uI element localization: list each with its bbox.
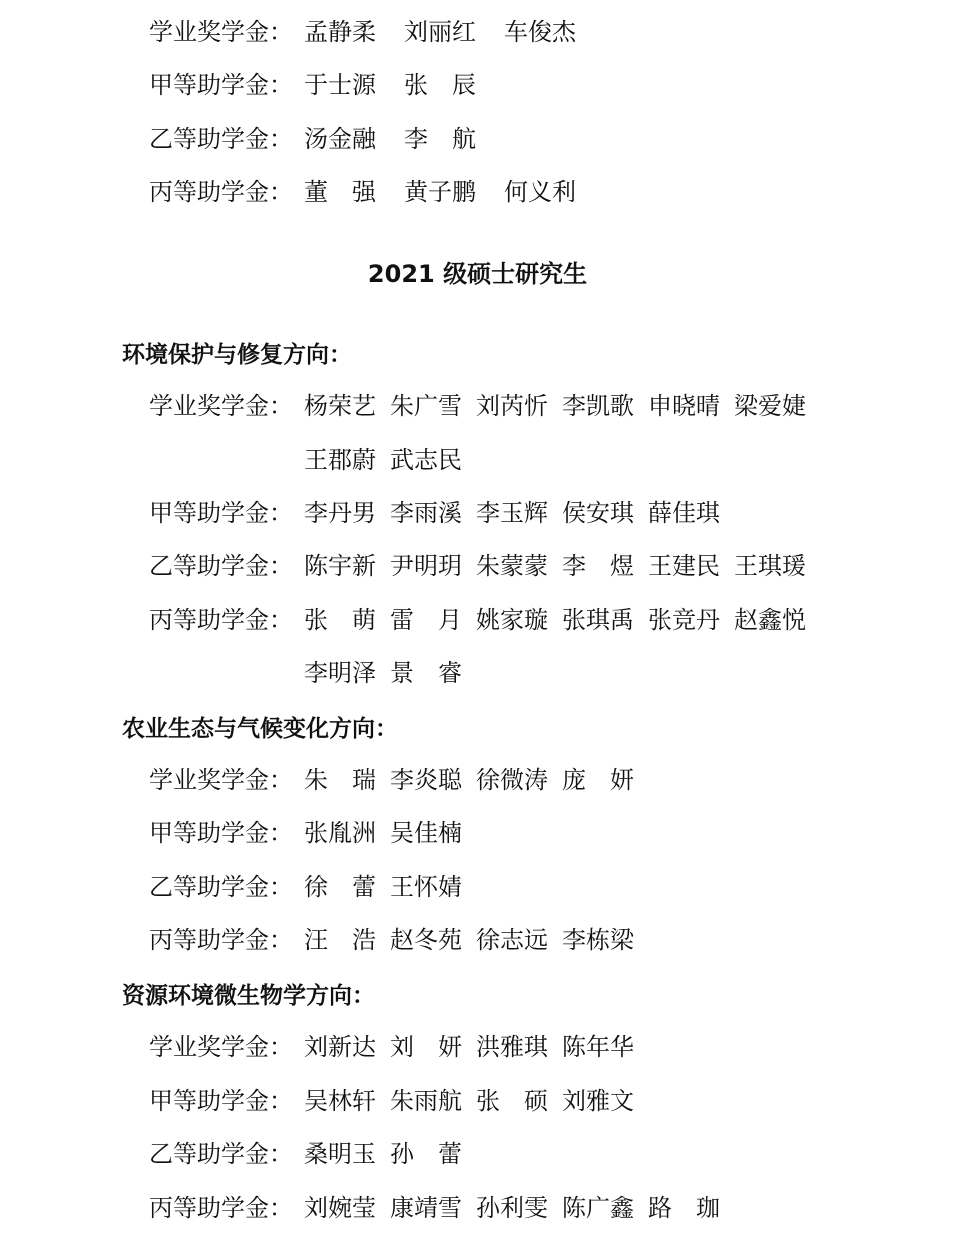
name-list: 李丹男 李雨溪 李玉辉 侯安琪 薛佳琪 — [304, 493, 734, 528]
award-label: 丙等助学金： — [149, 1188, 304, 1223]
student-name: 李雨溪 — [390, 493, 462, 528]
name-list: 吴林轩 朱雨航 张 硕 刘雅文 — [304, 1081, 648, 1116]
student-name: 李明泽 — [304, 653, 376, 688]
award-row: 学业奖学金： 孟静柔 刘丽红 车俊杰 — [149, 9, 604, 49]
name-list: 孟静柔 刘丽红 车俊杰 — [304, 12, 604, 47]
award-row: 甲等助学金： 李丹男 李雨溪 李玉辉 侯安琪 薛佳琪 — [149, 490, 734, 530]
name-list: 董 强 黄子鹏 何义利 — [304, 172, 604, 207]
student-name: 孙 蕾 — [390, 1134, 462, 1169]
name-list: 王郡蔚 武志民 — [304, 440, 476, 475]
student-name: 王郡蔚 — [304, 440, 376, 475]
student-name: 张 萌 — [304, 600, 376, 635]
student-name: 陈广鑫 — [562, 1188, 634, 1223]
award-row-continuation: 王郡蔚 武志民 — [304, 437, 476, 477]
student-name: 张琪禹 — [562, 600, 634, 635]
student-name: 陈宇新 — [304, 546, 376, 581]
student-name: 李栋梁 — [562, 920, 634, 955]
student-name: 徐志远 — [476, 920, 548, 955]
student-name: 李凯歌 — [562, 386, 634, 421]
student-name: 李 煜 — [562, 546, 634, 581]
grade-title: 2021 级硕士研究生 — [0, 254, 955, 289]
student-name: 刘婉莹 — [304, 1188, 376, 1223]
student-name: 朱 瑞 — [304, 760, 376, 795]
award-label: 学业奖学金： — [149, 760, 304, 795]
award-label: 甲等助学金： — [149, 493, 304, 528]
student-name: 张 辰 — [404, 65, 476, 100]
student-name: 刘 妍 — [390, 1027, 462, 1062]
award-label: 甲等助学金： — [149, 1081, 304, 1116]
student-name: 雷 月 — [390, 600, 462, 635]
student-name: 李玉辉 — [476, 493, 548, 528]
award-row: 甲等助学金： 张胤洲 吴佳楠 — [149, 810, 476, 850]
student-name: 申晓晴 — [648, 386, 720, 421]
student-name: 姚家璇 — [476, 600, 548, 635]
student-name: 杨荣艺 — [304, 386, 376, 421]
student-name: 张 硕 — [476, 1081, 548, 1116]
name-list: 朱 瑞 李炎聪 徐微涛 庞 妍 — [304, 760, 648, 795]
student-name: 陈年华 — [562, 1027, 634, 1062]
section-title: 环境保护与修复方向： — [122, 336, 352, 369]
name-list: 杨荣艺 朱广雪 刘芮忻 李凯歌 申晓晴 梁爱婕 — [304, 386, 820, 421]
student-name: 徐 蕾 — [304, 867, 376, 902]
student-name: 李 航 — [404, 119, 476, 154]
student-name: 景 睿 — [390, 653, 462, 688]
student-name: 徐微涛 — [476, 760, 548, 795]
student-name: 庞 妍 — [562, 760, 634, 795]
award-row: 乙等助学金： 陈宇新 尹明玥 朱蒙蒙 李 煜 王建民 王琪瑗 — [149, 543, 820, 583]
award-label: 丙等助学金： — [149, 172, 304, 207]
award-row: 乙等助学金： 汤金融 李 航 — [149, 116, 504, 156]
name-list: 刘婉莹 康靖雪 孙利雯 陈广鑫 路 珈 — [304, 1188, 734, 1223]
award-row: 丙等助学金： 张 萌 雷 月 姚家璇 张琪禹 张竞丹 赵鑫悦 — [149, 597, 820, 637]
award-label: 甲等助学金： — [149, 813, 304, 848]
award-row: 丙等助学金： 汪 浩 赵冬苑 徐志远 李栋梁 — [149, 917, 648, 957]
student-name: 于士源 — [304, 65, 376, 100]
section-title: 农业生态与气候变化方向： — [122, 710, 398, 743]
student-name: 王琪瑗 — [734, 546, 806, 581]
award-label: 学业奖学金： — [149, 12, 304, 47]
student-name: 朱广雪 — [390, 386, 462, 421]
student-name: 刘新达 — [304, 1027, 376, 1062]
student-name: 梁爱婕 — [734, 386, 806, 421]
student-name: 车俊杰 — [504, 12, 576, 47]
award-label: 丙等助学金： — [149, 920, 304, 955]
award-row: 学业奖学金： 杨荣艺 朱广雪 刘芮忻 李凯歌 申晓晴 梁爱婕 — [149, 383, 820, 423]
name-list: 于士源 张 辰 — [304, 65, 504, 100]
name-list: 李明泽 景 睿 — [304, 653, 476, 688]
student-name: 武志民 — [390, 440, 462, 475]
award-label: 学业奖学金： — [149, 386, 304, 421]
award-row: 学业奖学金： 刘新达 刘 妍 洪雅琪 陈年华 — [149, 1024, 648, 1064]
award-label: 乙等助学金： — [149, 1134, 304, 1169]
student-name: 路 珈 — [648, 1188, 720, 1223]
student-name: 刘雅文 — [562, 1081, 634, 1116]
student-name: 董 强 — [304, 172, 376, 207]
student-name: 李丹男 — [304, 493, 376, 528]
student-name: 刘丽红 — [404, 12, 476, 47]
name-list: 刘新达 刘 妍 洪雅琪 陈年华 — [304, 1027, 648, 1062]
student-name: 侯安琪 — [562, 493, 634, 528]
award-label: 乙等助学金： — [149, 546, 304, 581]
award-row: 乙等助学金： 桑明玉 孙 蕾 — [149, 1131, 476, 1171]
student-name: 朱雨航 — [390, 1081, 462, 1116]
student-name: 桑明玉 — [304, 1134, 376, 1169]
award-row: 丙等助学金： 董 强 黄子鹏 何义利 — [149, 169, 604, 209]
student-name: 朱蒙蒙 — [476, 546, 548, 581]
name-list: 陈宇新 尹明玥 朱蒙蒙 李 煜 王建民 王琪瑗 — [304, 546, 820, 581]
award-label: 丙等助学金： — [149, 600, 304, 635]
name-list: 桑明玉 孙 蕾 — [304, 1134, 476, 1169]
student-name: 赵鑫悦 — [734, 600, 806, 635]
student-name: 王怀婧 — [390, 867, 462, 902]
student-name: 孟静柔 — [304, 12, 376, 47]
student-name: 康靖雪 — [390, 1188, 462, 1223]
student-name: 尹明玥 — [390, 546, 462, 581]
student-name: 吴林轩 — [304, 1081, 376, 1116]
student-name: 张竞丹 — [648, 600, 720, 635]
award-row: 丙等助学金： 刘婉莹 康靖雪 孙利雯 陈广鑫 路 珈 — [149, 1185, 734, 1225]
award-row: 甲等助学金： 吴林轩 朱雨航 张 硕 刘雅文 — [149, 1078, 648, 1118]
name-list: 徐 蕾 王怀婧 — [304, 867, 476, 902]
name-list: 张 萌 雷 月 姚家璇 张琪禹 张竞丹 赵鑫悦 — [304, 600, 820, 635]
name-list: 汪 浩 赵冬苑 徐志远 李栋梁 — [304, 920, 648, 955]
student-name: 赵冬苑 — [390, 920, 462, 955]
award-label: 乙等助学金： — [149, 119, 304, 154]
student-name: 孙利雯 — [476, 1188, 548, 1223]
student-name: 黄子鹏 — [404, 172, 476, 207]
student-name: 吴佳楠 — [390, 813, 462, 848]
student-name: 张胤洲 — [304, 813, 376, 848]
name-list: 汤金融 李 航 — [304, 119, 504, 154]
section-title: 资源环境微生物学方向： — [122, 977, 375, 1010]
student-name: 李炎聪 — [390, 760, 462, 795]
award-label: 乙等助学金： — [149, 867, 304, 902]
award-row: 乙等助学金： 徐 蕾 王怀婧 — [149, 864, 476, 904]
student-name: 何义利 — [504, 172, 576, 207]
award-label: 甲等助学金： — [149, 65, 304, 100]
award-row-continuation: 李明泽 景 睿 — [304, 650, 476, 690]
award-row: 甲等助学金： 于士源 张 辰 — [149, 62, 504, 102]
student-name: 王建民 — [648, 546, 720, 581]
student-name: 洪雅琪 — [476, 1027, 548, 1062]
name-list: 张胤洲 吴佳楠 — [304, 813, 476, 848]
award-label: 学业奖学金： — [149, 1027, 304, 1062]
student-name: 汪 浩 — [304, 920, 376, 955]
award-row: 学业奖学金： 朱 瑞 李炎聪 徐微涛 庞 妍 — [149, 757, 648, 797]
student-name: 薛佳琪 — [648, 493, 720, 528]
student-name: 刘芮忻 — [476, 386, 548, 421]
student-name: 汤金融 — [304, 119, 376, 154]
